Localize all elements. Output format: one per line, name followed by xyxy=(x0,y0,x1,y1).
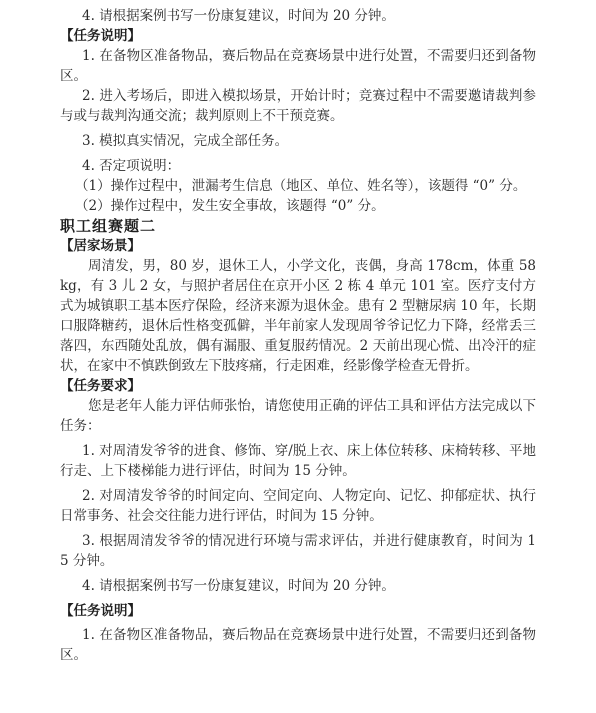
task-item-3: 3. 根据周清发爷爷的情况进行环境与需求评估，并进行健康教育，时间为 15 分钟… xyxy=(60,531,536,571)
task-item-2: 2. 对周清发爷爷的时间定向、空间定向、人物定向、记忆、抑郁症状、执行日常事务、… xyxy=(60,486,536,526)
task-item-1: 1. 对周清发爷爷的进食、修饰、穿/脱上衣、床上体位转移、床椅转移、平地行走、上… xyxy=(60,441,536,481)
home-scene-paragraph: 周清发，男，80 岁，退休工人，小学文化，丧偶，身高 178cm，体重 58kg… xyxy=(60,256,536,376)
note-item-3: 3. 模拟真实情况，完成全部任务。 xyxy=(60,131,536,151)
heading-task-notes-2: 【任务说明】 xyxy=(60,601,536,621)
note-item-1: 1. 在备物区准备物品，赛后物品在竞赛场景中进行处置，不需要归还到备物区。 xyxy=(60,46,536,86)
task-requirements-intro: 您是老年人能力评估师张怡，请您使用正确的评估工具和评估方法完成以下任务： xyxy=(60,396,536,436)
note-item-4-sub-1: （1）操作过程中，泄漏考生信息（地区、单位、姓名等），该题得 “0” 分。 xyxy=(60,176,536,196)
note-item-2: 2. 进入考场后，即进入模拟场景，开始计时；竞赛过程中不需要邀请裁判参与或与裁判… xyxy=(60,86,536,126)
note-item-4-sub-2: （2）操作过程中，发生安全事故，该题得 “0” 分。 xyxy=(60,196,536,216)
document-page: 4. 请根据案例书写一份康复建议，时间为 20 分钟。 【任务说明】 1. 在备… xyxy=(0,0,596,713)
task-item-4: 4. 请根据案例书写一份康复建议，时间为 20 分钟。 xyxy=(60,576,536,596)
heading-task-requirements: 【任务要求】 xyxy=(60,376,536,396)
task4-rehab-line: 4. 请根据案例书写一份康复建议，时间为 20 分钟。 xyxy=(60,6,536,26)
heading-home-scene: 【居家场景】 xyxy=(60,236,536,256)
doc-title-staff-group-question-2: 职工组赛题二 xyxy=(60,216,536,236)
note-item-4: 4. 否定项说明： xyxy=(60,156,536,176)
note2-item-1: 1. 在备物区准备物品，赛后物品在竞赛场景中进行处置，不需要归还到备物区。 xyxy=(60,625,536,665)
heading-task-notes: 【任务说明】 xyxy=(60,26,536,46)
